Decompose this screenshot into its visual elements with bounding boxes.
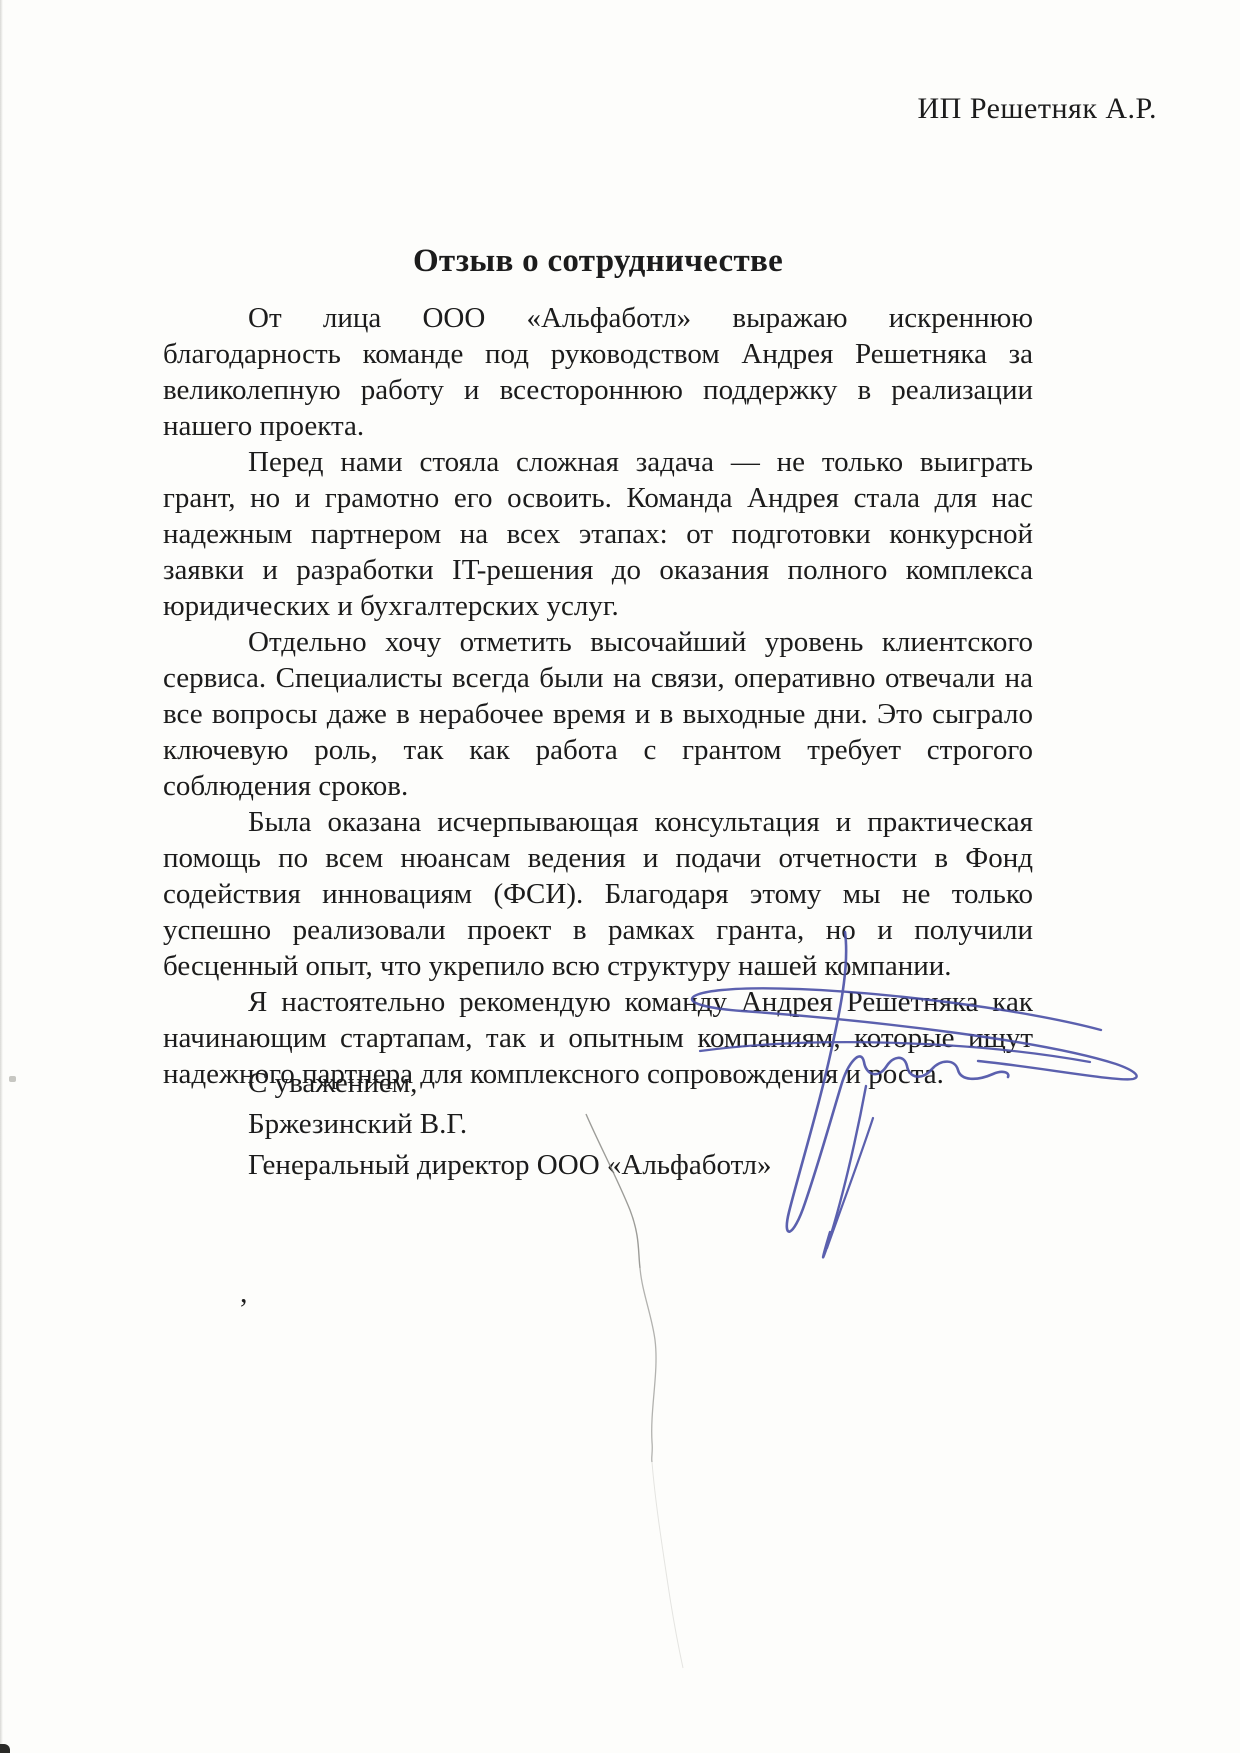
scan-edge-shadow (0, 0, 3, 1753)
stray-comma-mark: , (240, 1276, 248, 1310)
paragraph-3: Отдельно хочу отметить высочайший уровен… (163, 624, 1033, 804)
scan-speck (9, 1076, 16, 1082)
paragraph-1: От лица ООО «Альфаботл» выражаю искренню… (163, 300, 1033, 444)
letter-body: От лица ООО «Альфаботл» выражаю искренню… (163, 300, 1033, 1092)
letter-title: Отзыв о сотрудничестве (163, 243, 1033, 280)
closing-block: С уважением, Бржезинский В.Г. Генеральны… (248, 1063, 772, 1186)
signer-title: Генеральный директор ООО «Альфаботл» (248, 1145, 772, 1186)
closing-salutation: С уважением, (248, 1063, 772, 1104)
letterhead-org: ИП Решетняк А.Р. (918, 92, 1158, 126)
paragraph-2: Перед нами стояла сложная задача — не то… (163, 444, 1033, 624)
signer-name: Бржезинский В.Г. (248, 1104, 772, 1145)
paragraph-4: Была оказана исчерпывающая консультация … (163, 804, 1033, 984)
scanned-letter-page: ИП Решетняк А.Р. Отзыв о сотрудничестве … (0, 0, 1240, 1753)
scan-corner-artifact (0, 1744, 10, 1753)
